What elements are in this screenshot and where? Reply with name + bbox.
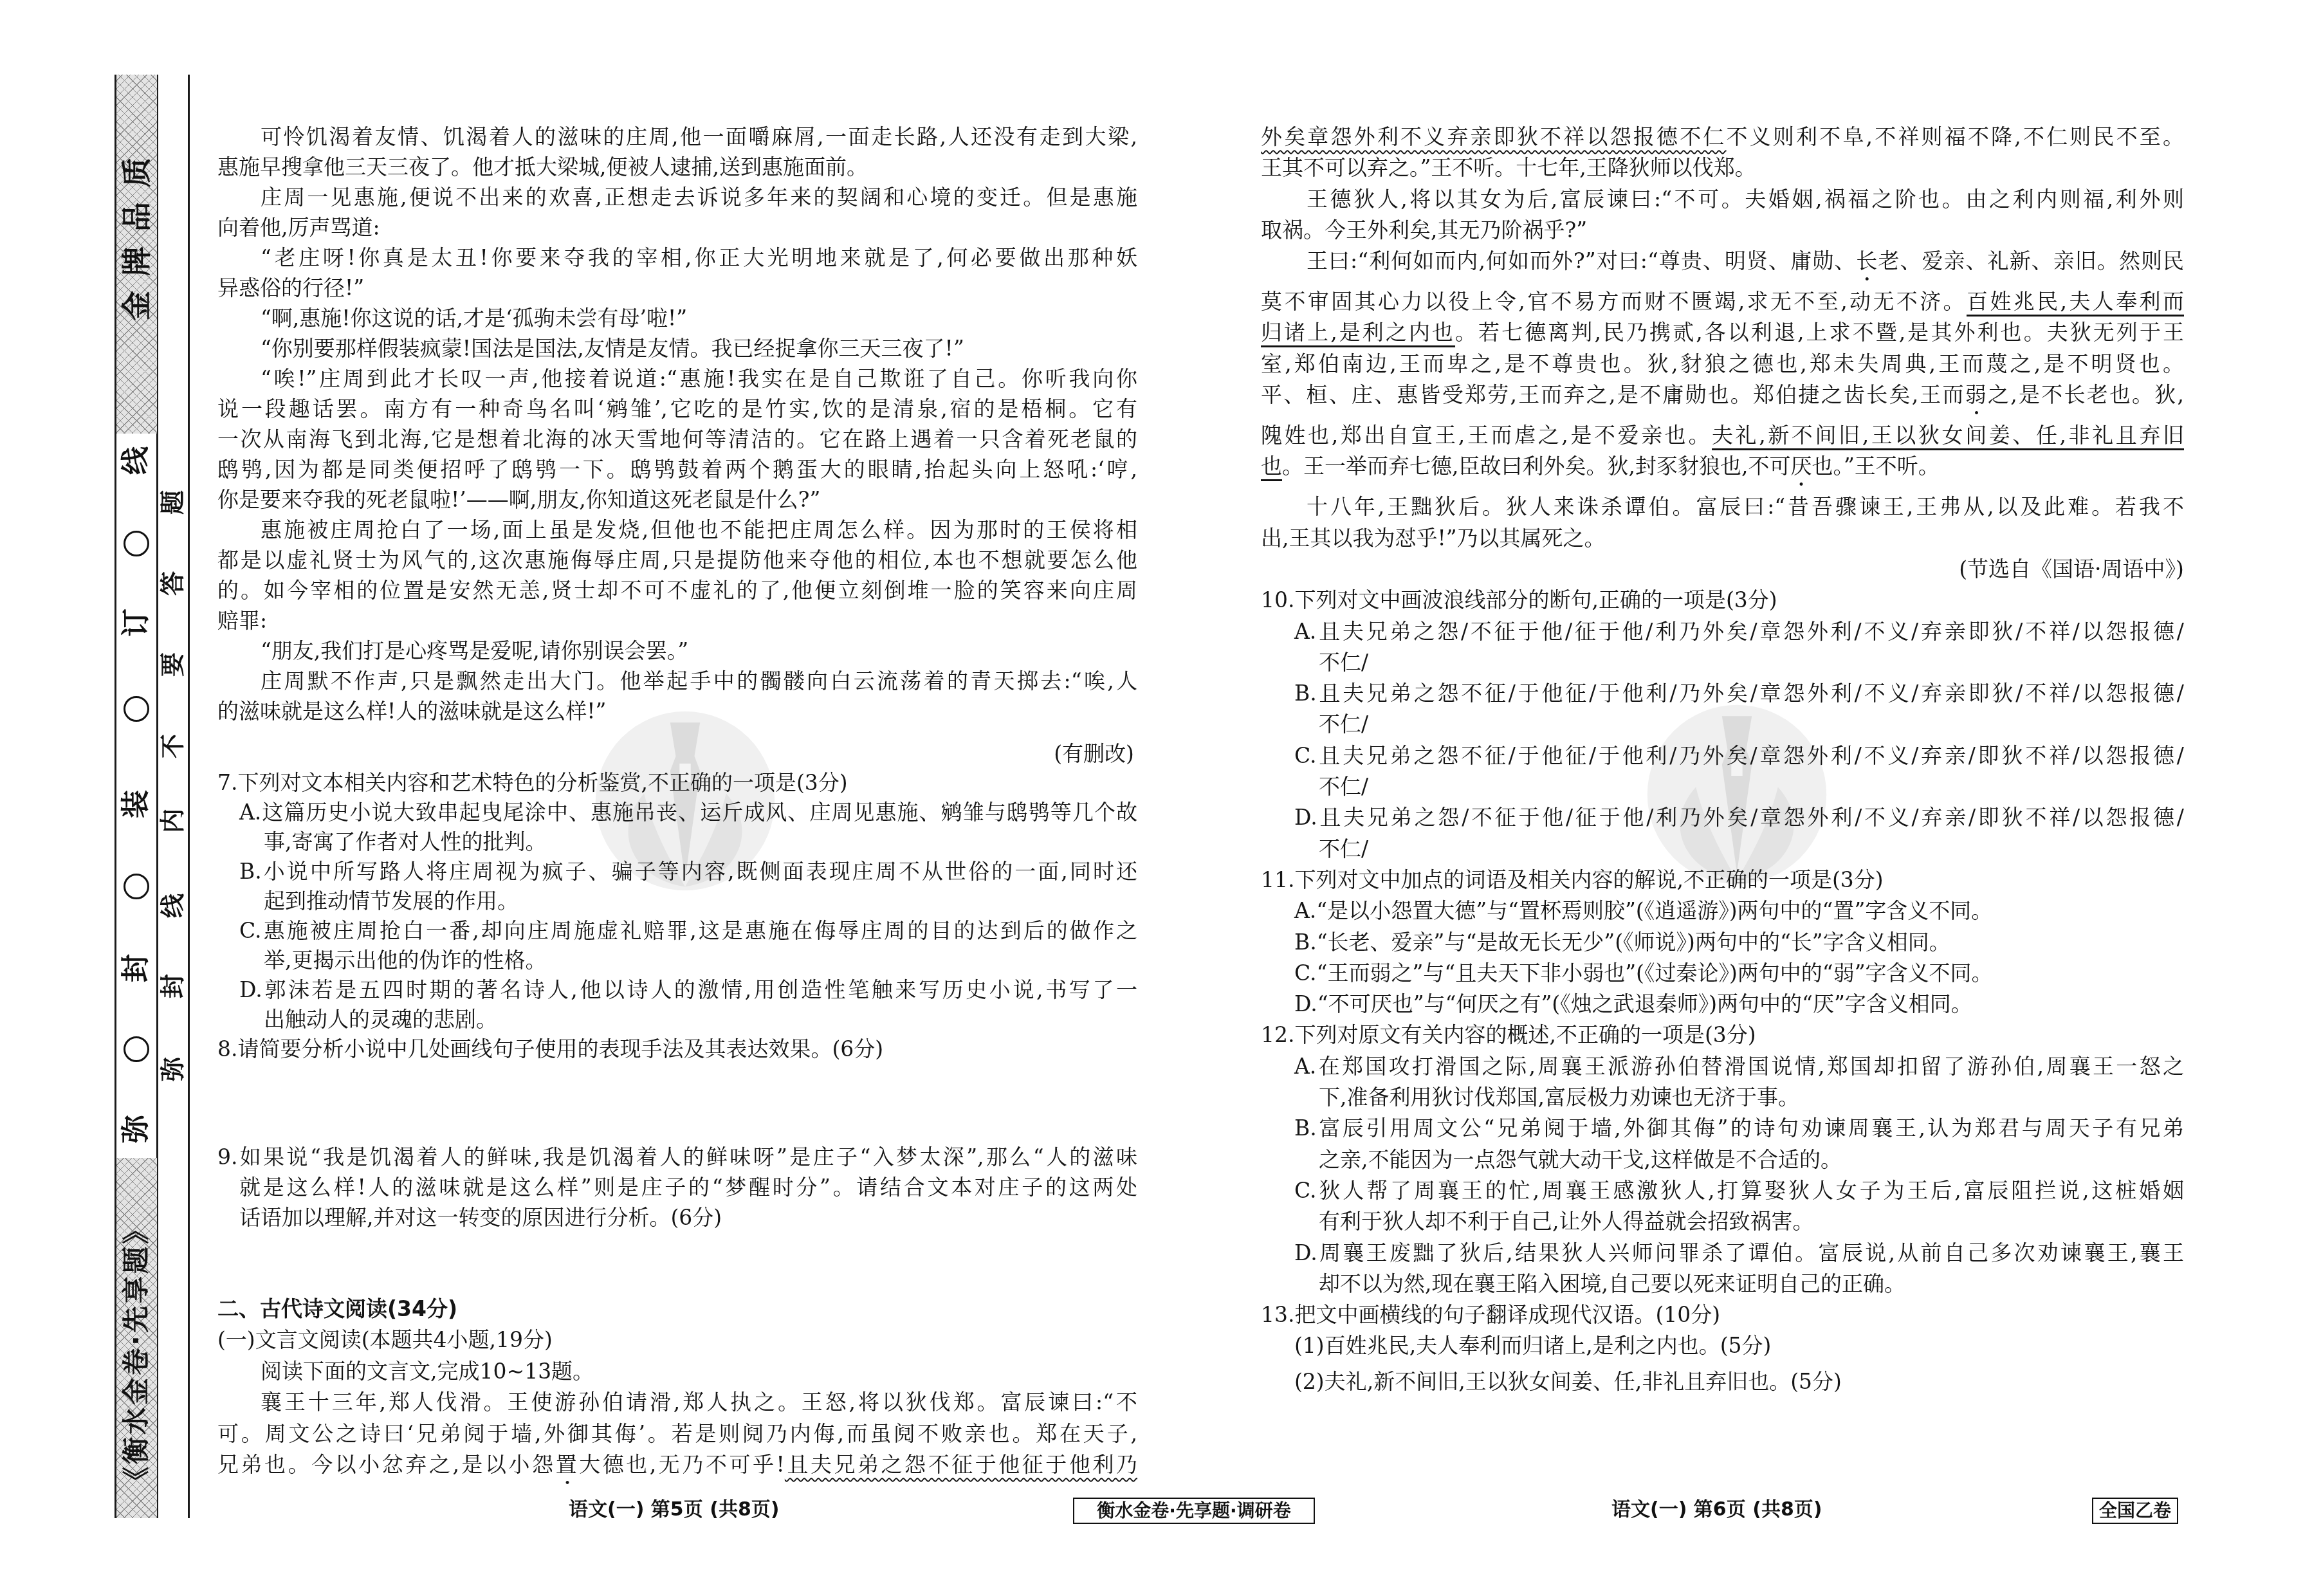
option-text: 郭沫若是五四时期的著名诗人,他以诗人的激情,用创造性笔触来写历史小说,书写了一 [262,977,1137,1002]
option-continuation: 不仁/ [1261,771,2184,802]
text-line: 可怜饥渴着友情、饥渴着人的滋味的庄周,他一面嚼麻屑,一面走长路,人还没有走到大梁… [217,122,1137,152]
inner-mark: 封 [160,974,185,998]
right-page-footer: 语文(一) 第6页 (共8页) [1611,1497,1822,1523]
option-c: C.惠施被庄周抢白一番,却向庄周施虚礼赔罪,这是惠施在侮辱庄周的目的达到后的做作… [217,916,1137,946]
option-continuation: 却不以为然,现在襄王陷入困境,自己要以死来证明自己的正确。 [1261,1269,2184,1299]
inner-mark: 要 [160,652,185,677]
option-b: B.富辰引用周文公“兄弟阋于墙,外御其侮”的诗句劝谏周襄王,认为郑君与周天子有兄… [1261,1113,2184,1144]
option-text: 惠施被庄周抢白一番,却向庄周施虚礼赔罪,这是惠施在侮辱庄周的目的达到后的做作之 [262,918,1137,943]
option-d: D.郭沫若是五四时期的著名诗人,他以诗人的激情,用创造性笔触来写历史小说,书写了… [217,975,1137,1005]
text-segment: 隗姓也,郑出自宣王,王而虐之,是不爱亲也。 [1261,423,1712,448]
text-line: 王其不可以弃之。”王不听。十七年,王降狄师以伐郑。 [1261,152,2184,183]
text-line: “啊,惠施!你这说的话,才是‘孤驹未尝有母’啦!” [217,303,1137,333]
text-line: 平、桓、庄、惠皆受郑劳,王而弃之,是不庸勋也。郑伯捷之齿长矣,王而弱之,是不长老… [1261,380,2184,420]
text-segment: 平、桓、庄、惠皆受郑劳,王而弃之,是不庸勋也。郑伯捷之齿长矣,王而 [1261,382,1965,407]
left-page-footer: 语文(一) 第5页 (共8页) [569,1497,779,1523]
option-d: D.“不可厌也”与“何厌之有”(《烛之武退秦师》)两句中的“厌”字含义相同。 [1261,989,2184,1020]
text-line: 外矣章怨外利不义弃亲即狄不祥以怨报德不仁不义则利不阜,不祥则福不降,不仁则民不至… [1261,122,2184,152]
option-continuation: 事,寄寓了作者对人性的批判。 [217,827,1137,857]
option-d: D.周襄王废黜了狄后,结果狄人兴师问罪杀了谭伯。富辰说,从前自己多次劝谏襄王,襄… [1261,1238,2184,1269]
text-segment: 兄弟也。今以小忿弃之,是以小怨 [217,1452,556,1477]
option-text: “不可厌也”与“何厌之有”(《烛之武退秦师》)两句中的“厌”字含义相同。 [1317,991,1972,1016]
option-a: A.这篇历史小说大致串起曳尾涂中、惠施吊丧、运斤成风、庄周见惠施、鹓雏与鸱鸮等几… [217,798,1137,827]
option-c: C.狄人帮了周襄王的忙,周襄王感激狄人,打算娶狄人女子为王后,富辰阻拦说,这桩婚… [1261,1175,2184,1206]
outer-mark-zhuang: 装 [122,790,151,818]
option-b: B.且夫兄弟之怨不征/于他征/于他利/乃外矣/章怨外利/不义/弃亲即狄/不祥/以… [1261,678,2184,709]
option-a: A.“是以小怨置大德”与“置杯焉则胶”(《逍遥游》)两句中的“置”字含义不同。 [1261,895,2184,926]
text-line: 襄王十三年,郑人伐滑。王使游孙伯请滑,郑人执之。王怒,将以狄伐郑。富辰谏曰:“不 [217,1387,1137,1418]
question-13-stem: 13.把文中画横线的句子翻译成现代汉语。(10分) [1261,1299,2184,1330]
text-line: “你别要那样假装疯蒙!国法是国法,友情是友情。我已经捉拿你三天三夜了!” [217,333,1137,363]
inner-mark: 答 [160,571,185,596]
text-line: 异惑俗的行径!” [217,273,1137,303]
question-stem: 9.如果说“我是饥渴着人的鲜味,我是饥渴着人的鲜味呀”是庄子“入梦太深”,那么“… [217,1142,1137,1172]
source-note: (节选自《国语·周语中》) [1261,554,2184,585]
option-continuation: 不仁/ [1261,834,2184,865]
option-label: A. [1294,898,1316,923]
question-stem: 7.下列对文本相关内容和艺术特色的分析鉴赏,不正确的一项是(3分) [217,768,1137,798]
translation-item-1: (1)百姓兆民,夫人奉利而归诸上,是利之内也。(5分) [1261,1330,2184,1361]
option-continuation: 举,更揭示出他的伪诈的性格。 [217,946,1137,975]
option-text: 富辰引用周文公“兄弟阋于墙,外御其侮”的诗句劝谏周襄王,认为郑君与周天子有兄弟 [1317,1115,2184,1141]
underlined-sentence: 也 [1261,454,1282,479]
subsection-heading: (一)文言文阅读(本题共4小题,19分) [217,1325,1137,1355]
series-badge: 衡水金卷·先享题·调研卷 [1073,1498,1315,1524]
text-segment: 莫不审固其心力以役上令,官不易方而财不匮竭,求无不至,动无不济。 [1261,289,1967,314]
option-label: D. [1294,1240,1317,1265]
option-label: A. [1294,619,1316,644]
translation-item-2: (2)夫礼,新不间旧,王以狄女间姜、任,非礼且弃旧也。(5分) [1261,1366,2184,1397]
classical-reading-section: 二、古代诗文阅读(34分) (一)文言文阅读(本题共4小题,19分) 阅读下面的… [217,1294,1137,1490]
story-passage: 可怜饥渴着友情、饥渴着人的滋味的庄周,他一面嚼麻屑,一面走长路,人还没有走到大梁… [217,122,1137,726]
text-line: 惠施早搜拿他三天三夜了。他才抵大梁城,便被人逮捕,送到惠施面前。 [217,152,1137,182]
region-badge: 全国乙卷 [2092,1498,2178,1524]
text-line: 也。王一举而弃七德,臣故曰利外矣。狄,封豕豺狼也,不可厌也。”王不听。 [1261,451,2184,491]
text-segment: 不义则利不阜,不祥则福不降,不仁则民不至。 [1727,124,2185,149]
option-c: C.且夫兄弟之怨不征/于他征/于他利/乃外矣/章怨外利/不义/弃亲/即狄不祥/以… [1261,740,2184,771]
question-8-stem: 8.请简要分析小说中几处画线句子使用的表现手法及其表达效果。(6分) [217,1034,1137,1064]
text-line: 庄周默不作声,只是飘然走出大门。他举起手中的髑髅向白云流荡着的青天掷去:“唉,人 [217,666,1137,696]
option-label: C. [239,918,262,943]
option-label: B. [1294,681,1317,706]
option-label: B. [1294,930,1317,955]
option-text: 狄人帮了周襄王的忙,周襄王感激狄人,打算娶狄人女子为王后,富辰阻拦说,这桩婚姻 [1317,1178,2184,1203]
text-line: “唉!”庄周到此才长叹一声,他接着说道:“惠施!我实在是自己欺诳了自己。你听我向… [217,363,1137,394]
text-line: 取祸。今王外利矣,其无乃阶祸乎?” [1261,215,2184,246]
outer-mark-ding: 订 [122,609,151,637]
text-segment: 王曰:“利何如而内,何如而外?”对曰:“尊贵、明贤、庸勋、 [1307,248,1856,273]
option-text: 且夫兄弟之怨不征/于他征/于他利/乃外矣/章怨外利/不义/弃亲/即狄不祥/以怨报… [1317,743,2184,768]
option-text: 且夫兄弟之怨/不征于他/征于他/利乃外矣/章怨外利/不义/弃亲/即狄不祥/以怨报… [1317,805,2184,830]
option-label: C. [1294,960,1317,986]
source-note: (有删改) [217,738,1134,769]
instruction: 阅读下面的文言文,完成10~13题。 [217,1356,1137,1387]
inner-mark: 线 [160,894,185,918]
option-continuation: 有利于狄人却不利于自己,让外人得益就会招致祸害。 [1261,1206,2184,1237]
option-continuation: 出触动人的灵魂的悲剧。 [217,1005,1137,1034]
underlined-sentence: 夫礼,新不间旧,王以狄女间姜、任,非礼且弃旧 [1712,423,2184,448]
text-line: 庄周一见惠施,便说不出来的欢喜,正想走去诉说多年来的契阔和心境的变迁。但是惠施 [217,182,1137,212]
question-stem-continuation: 就是这么样!人的滋味就是这么样”则是庄子的“梦醒时分”。请结合文本对庄子的这两处 [217,1172,1137,1202]
question-stem-continuation: 话语加以理解,并对这一转变的原因进行分析。(6分) [217,1202,1137,1233]
text-line: 出,王其以我为怼乎!”乃以其属死之。 [1261,523,2184,554]
right-page-content: 外矣章怨外利不义弃亲即狄不祥以怨报德不仁不义则利不阜,不祥则福不降,不仁则民不至… [1261,122,2184,1362]
inner-mark: 不 [160,734,185,758]
inner-mark: 题 [160,490,185,515]
option-a: A.在郑国攻打滑国之际,周襄王派游孙伯替滑国说情,郑国却扣留了游孙伯,周襄王一怒… [1261,1051,2184,1082]
option-label: D. [1294,805,1317,830]
text-line: “老庄呀!你真是太丑!你要来夺我的宰相,你正大光明地来就是了,何必要做出那种妖 [217,243,1137,273]
brand-quality-label: 金牌品质 [122,143,151,320]
outer-mark-xian: 线 [122,446,151,475]
option-text: “是以小怨置大德”与“置杯焉则胶”(《逍遥游》)两句中的“置”字含义不同。 [1316,898,1992,923]
text-line: 说一段趣话罢。南方有一种奇鸟名叫‘鹓雏’,它吃的是竹实,饮的是清泉,宿的是梧桐。… [217,394,1137,424]
binding-circle-icon [124,696,149,722]
text-line: 你是要来夺我的死老鼠啦!’——啊,朋友,你知道这死老鼠是什么?” [217,484,1137,515]
underlined-sentence: 归诸上,是利之内也 [1261,320,1455,345]
option-continuation: 之亲,不能因为一点怨气就大动干戈,这样做是不合适的。 [1261,1144,2184,1175]
option-b: B.小说中所写路人将庄周视为疯子、骗子等内容,既侧面表现庄周不从世俗的一面,同时… [217,857,1137,886]
option-text: 且夫兄弟之怨/不征于他/征于他/利乃外矣/章怨外利/不义/弃亲即狄/不祥/以怨报… [1316,619,2184,644]
option-text: 在郑国攻打滑国之际,周襄王派游孙伯替滑国说情,郑国却扣留了游孙伯,周襄王一怒之 [1316,1054,2184,1079]
text-line: 向着他,厉声骂道: [217,212,1137,243]
outer-mark-mi: 弥 [122,1115,151,1143]
option-label: D. [239,977,262,1002]
option-c: C.“王而弱之”与“且夫天下非小弱也”(《过秦论》)两句中的“弱”字含义不同。 [1261,958,2184,989]
margin-border-right [188,75,190,1518]
text-line: 十八年,王黜狄后。狄人来诛杀谭伯。富辰曰:“昔吾骤谏王,王弗从,以及此难。若我不 [1261,491,2184,522]
underlined-sentence: 百姓兆民,夫人奉利而 [1967,289,2184,314]
text-line: 的滋味就是这么样!人的滋味就是这么样!” [217,696,1137,726]
question-9: 9.如果说“我是饥渴着人的鲜味,我是饥渴着人的鲜味呀”是庄子“入梦太深”,那么“… [217,1142,1137,1233]
binding-circle-icon [124,531,149,556]
question-7: 7.下列对文本相关内容和艺术特色的分析鉴赏,不正确的一项是(3分) A.这篇历史… [217,768,1137,1064]
option-text: “长老、爱亲”与“是故无长无少”(《师说》)两句中的“长”字含义相同。 [1317,930,1950,955]
text-line: 归诸上,是利之内也。若七德离判,民乃携贰,各以利退,上求不暨,是其外利也。夫狄无… [1261,317,2184,348]
text-segment: 老、爱亲、礼新、亲旧。然则民 [1878,248,2184,273]
text-line: 隗姓也,郑出自宣王,王而虐之,是不爱亲也。夫礼,新不间旧,王以狄女间姜、任,非礼… [1261,420,2184,451]
text-line: 的。如今宰相的位置是安然无恙,贤士却不可不虚礼的了,他便立刻倒堆一脸的笑容来向庄… [217,575,1137,605]
text-segment: 之,是不长老也。狄, [1988,382,2184,407]
series-name-label: 《衡水金卷·先享题》 [123,1215,150,1494]
option-text: 小说中所写路人将庄周视为疯子、骗子等内容,既侧面表现庄周不从世俗的一面,同时还 [262,859,1137,884]
option-label: B. [1294,1115,1317,1141]
text-line: 室,郑伯南边,王而卑之,是不尊贵也。狄,豺狼之德也,郑未失周典,王而蔑之,是不明… [1261,349,2184,380]
text-line: 鸱鸮,因为都是同类便招呼了鸱鸮一下。鸱鸮鼓着两个鹅蛋大的眼睛,抬起头向上怒吼:‘… [217,454,1137,484]
text-line: 惠施被庄周抢白了一场,面上虽是发烧,但他也不能把庄周怎么样。因为那时的王侯将相 [217,515,1137,545]
text-line: 一次从南海飞到北海,它是想着北海的冰天雪地何等清洁的。它在路上遇着一只含着死老鼠… [217,424,1137,454]
option-label: A. [1294,1054,1316,1079]
option-continuation: 不仁/ [1261,647,2184,678]
option-label: A. [239,800,261,825]
text-line: 可。周文公之诗曰‘兄弟阋于墙,外御其侮’。若是则阋乃内侮,而虽阋不败亲也。郑在天… [217,1418,1137,1449]
option-label: B. [239,859,262,884]
option-text: “王而弱之”与“且夫天下非小弱也”(《过秦论》)两句中的“弱”字含义不同。 [1317,960,1993,986]
emphasis-dotted-char: 置 [556,1452,580,1477]
section-heading: 二、古代诗文阅读(34分) [217,1294,1137,1325]
option-continuation: 起到推动情节发展的作用。 [217,886,1137,916]
translation-item-2-block: (2)夫礼,新不间旧,王以狄女间姜、任,非礼且弃旧也。(5分) [1261,1366,2184,1397]
text-line: “朋友,我们打是心疼骂是爱呢,请你别误会罢。” [217,636,1137,666]
text-segment: 大德也,无乃不可乎! [579,1452,785,1477]
emphasis-dotted-char: 弱 [1965,382,1988,407]
text-segment: 。王一举而弃七德,臣故曰利外矣。狄,封豕豺狼也,不可 [1282,454,1790,479]
wavy-underlined-text: 外矣章怨外利不义弃亲即狄不祥以怨报德不仁 [1261,124,1727,149]
option-a: A.且夫兄弟之怨/不征于他/征于他/利乃外矣/章怨外利/不义/弃亲即狄/不祥/以… [1261,616,2184,647]
option-continuation: 下,准备利用狄讨伐郑国,富辰极力劝谏也无济于事。 [1261,1082,2184,1113]
emphasis-dotted-char: 厌 [1790,454,1812,479]
option-d: D.且夫兄弟之怨/不征于他/征于他/利乃外矣/章怨外利/不义/弃亲/即狄不祥/以… [1261,802,2184,833]
text-segment: 。若七德离判,民乃携贰,各以利退,上求不暨,是其外利也。夫狄无列于王 [1455,320,2184,345]
text-line: 赔罪: [217,605,1137,636]
option-label: C. [1294,743,1317,768]
inner-mark: 内 [160,809,185,833]
binding-circle-icon [124,874,149,899]
text-line: 都是以虚礼贤士为风气的,这次惠施侮辱庄周,只是提防他来夺他的相位,本也不想就要怎… [217,545,1137,575]
text-segment: 也。”王不听。 [1812,454,1939,479]
option-text: 周襄王废黜了狄后,结果狄人兴师问罪杀了谭伯。富辰说,从前自己多次劝谏襄王,襄王 [1317,1240,2184,1265]
emphasis-dotted-char: 长 [1856,248,1878,273]
option-label: C. [1294,1178,1317,1203]
option-text: 且夫兄弟之怨不征/于他征/于他利/乃外矣/章怨外利/不义/弃亲即狄/不祥/以怨报… [1317,681,2184,706]
option-text: 这篇历史小说大致串起曳尾涂中、惠施吊丧、运斤成风、庄周见惠施、鹓雏与鸱鸮等几个故 [261,800,1137,825]
text-line: 莫不审固其心力以役上令,官不易方而财不匮竭,求无不至,动无不济。百姓兆民,夫人奉… [1261,286,2184,317]
outer-mark-feng: 封 [122,954,151,982]
binding-circle-icon [124,1036,149,1062]
question-12-stem: 12.下列对原文有关内容的概述,不正确的一项是(3分) [1261,1020,2184,1050]
question-11-stem: 11.下列对文中加点的词语及相关内容的解说,不正确的一项是(3分) [1261,865,2184,895]
text-line: 兄弟也。今以小忿弃之,是以小怨置大德也,无乃不可乎!且夫兄弟之怨不征于他征于他利… [217,1449,1137,1490]
option-label: D. [1294,991,1317,1016]
option-b: B.“长老、爱亲”与“是故无长无少”(《师说》)两句中的“长”字含义相同。 [1261,927,2184,958]
wavy-underlined-text: 且夫兄弟之怨不征于他征于他利乃 [785,1452,1137,1477]
text-line: 王德狄人,将以其女为后,富辰谏曰:“不可。夫婚姻,祸福之阶也。由之利内则福,利外… [1261,184,2184,215]
text-line: 王曰:“利何如而内,何如而外?”对曰:“尊贵、明贤、庸勋、长老、爱亲、礼新、亲旧… [1261,246,2184,286]
option-continuation: 不仁/ [1261,709,2184,740]
inner-mark: 弥 [160,1057,185,1081]
question-10-stem: 10.下列对文中画波浪线部分的断句,正确的一项是(3分) [1261,585,2184,616]
